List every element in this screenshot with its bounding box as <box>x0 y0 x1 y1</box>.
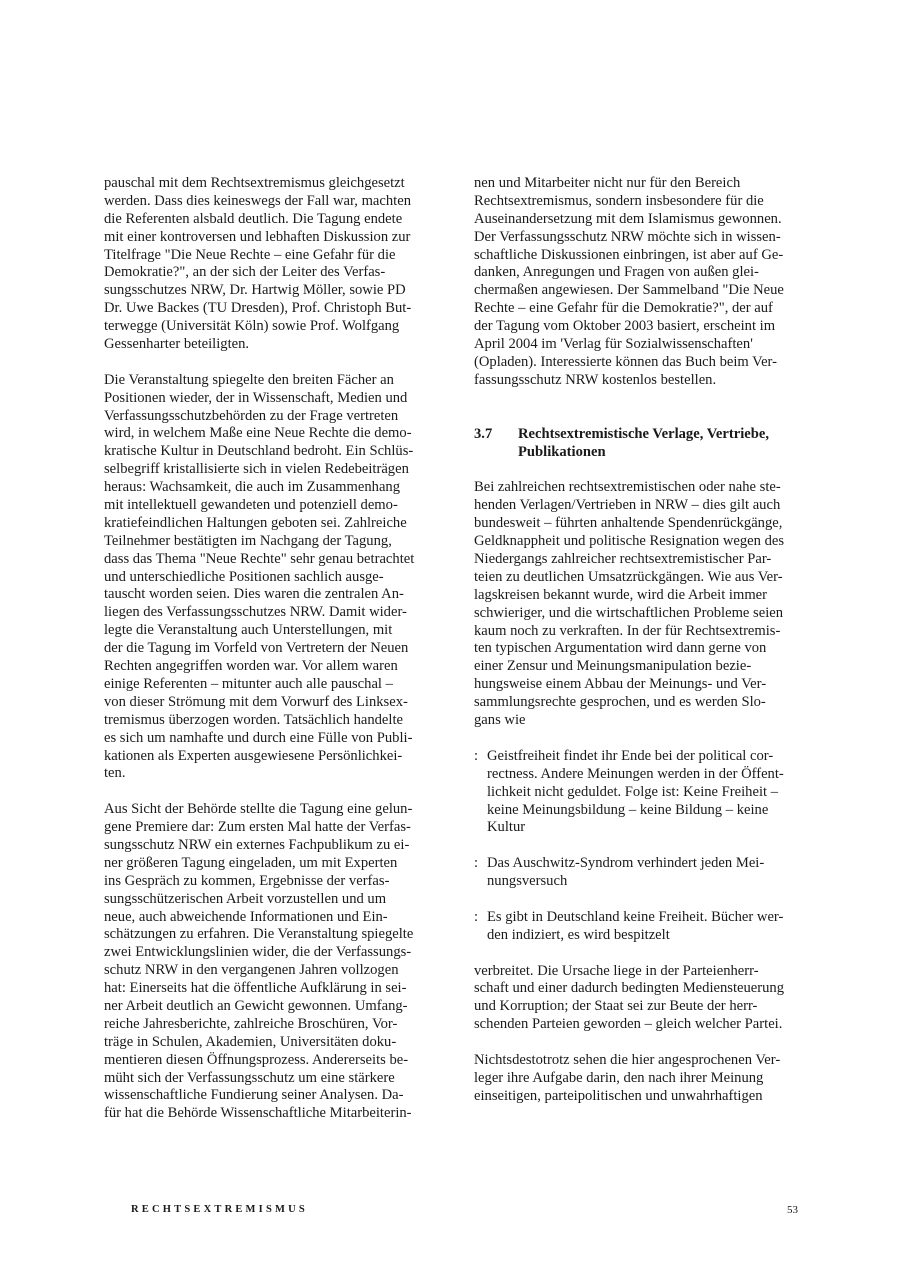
text-line: Es gibt in Deutschland keine Freiheit. B… <box>487 909 804 927</box>
text-line: (Opladen). Interessierte können das Buch… <box>474 354 804 372</box>
text-line: Rechtsextremistische Verlage, Vertriebe, <box>518 426 804 444</box>
text-line: träge in Schulen, Akademien, Universität… <box>104 1034 434 1052</box>
text-line: die Referenten alsbald deutlich. Die Tag… <box>104 211 434 229</box>
text-line: Dr. Uwe Backes (TU Dresden), Prof. Chris… <box>104 300 434 318</box>
text-line: nungsversuch <box>487 873 804 891</box>
left-column: pauschal mit dem Rechtsextremismus gleic… <box>104 175 434 1141</box>
text-line: Niedergangs zahlreicher rechtsextremisti… <box>474 551 804 569</box>
text-line: den indiziert, es wird bespitzelt <box>487 927 804 945</box>
text-line: Rechte – eine Gefahr für die Demokratie?… <box>474 300 804 318</box>
text-line: kaum noch zu verkraften. In der für Rech… <box>474 623 804 641</box>
page-number: 53 <box>787 1203 798 1217</box>
text-line: und Korruption; der Staat sei zur Beute … <box>474 998 804 1016</box>
text-line: tremismus überzogen worden. Tatsächlich … <box>104 712 434 730</box>
text-line: Kultur <box>487 819 804 837</box>
text-line: reiche Jahresberichte, zahlreiche Brosch… <box>104 1016 434 1034</box>
text-line: verbreitet. Die Ursache liege in der Par… <box>474 963 804 981</box>
text-line: kratische Kultur in Deutschland bedroht.… <box>104 443 434 461</box>
text-line: Titelfrage "Die Neue Rechte – eine Gefah… <box>104 247 434 265</box>
text-line: tauscht worden seien. Dies waren die zen… <box>104 586 434 604</box>
text-line: bundesweit – führten anhaltende Spendenr… <box>474 515 804 533</box>
text-line: Geldknappheit und politische Resignation… <box>474 533 804 551</box>
text-line: Positionen wieder, der in Wissenschaft, … <box>104 390 434 408</box>
running-title: RECHTSEXTREMISMUS <box>131 1204 308 1215</box>
text-line: ten. <box>104 765 434 783</box>
page-footer: RECHTSEXTREMISMUS 53 <box>131 1203 798 1217</box>
text-line: lichkeit nicht geduldet. Folge ist: Kein… <box>487 784 804 802</box>
text-line: Nichtsdestotrotz sehen die hier angespro… <box>474 1052 804 1070</box>
text-line: hungsweise einem Abbau der Meinungs- und… <box>474 676 804 694</box>
text-line: neue, auch abweichende Informationen und… <box>104 909 434 927</box>
text-line: von dieser Strömung mit dem Vorwurf des … <box>104 694 434 712</box>
text-line: sungsschutzes NRW, Dr. Hartwig Möller, s… <box>104 282 434 300</box>
text-line: Verfassungsschutzbehörden zu der Frage v… <box>104 408 434 426</box>
text-line: mit einer kontroversen und lebhaften Dis… <box>104 229 434 247</box>
text-line: Rechten angegriffen worden war. Vor alle… <box>104 658 434 676</box>
paragraph-conference-conclusion: pauschal mit dem Rechtsextremismus gleic… <box>104 175 434 354</box>
text-line: schaft und einer dadurch bedingten Medie… <box>474 980 804 998</box>
text-line: sungsschützerischen Arbeit vorzustellen … <box>104 891 434 909</box>
text-line: für hat die Behörde Wissenschaftliche Mi… <box>104 1105 434 1123</box>
text-line: werden. Dass dies keineswegs der Fall wa… <box>104 193 434 211</box>
text-line: Die Veranstaltung spiegelte den breiten … <box>104 372 434 390</box>
text-line: Das Auschwitz-Syndrom verhindert jeden M… <box>487 855 804 873</box>
text-line: teien zu deutlichen Umsatzrückgängen. Wi… <box>474 569 804 587</box>
section-heading: 3.7 Rechtsextremistische Verlage, Vertri… <box>474 426 804 462</box>
paragraph-publishers: Bei zahlreichen rechtsextremistischen od… <box>474 479 804 729</box>
text-line: ten typischen Argumentation wird dann ge… <box>474 640 804 658</box>
paragraph-cause: verbreitet. Die Ursache liege in der Par… <box>474 963 804 1035</box>
text-line: schenden Parteien geworden – gleich welc… <box>474 1016 804 1034</box>
text-line: keine Meinungsbildung – keine Bildung – … <box>487 802 804 820</box>
text-line: der die Tagung im Vorfeld von Vertretern… <box>104 640 434 658</box>
text-line: schutz NRW in den vergangenen Jahren vol… <box>104 962 434 980</box>
text-line: dass das Thema "Neue Rechte" sehr genau … <box>104 551 434 569</box>
text-line: ner größeren Tagung eingeladen, um mit E… <box>104 855 434 873</box>
text-line: danken, Anregungen und Fragen von außen … <box>474 264 804 282</box>
text-line: es sich um namhafte und durch eine Fülle… <box>104 730 434 748</box>
text-line: mit intellektuell gewandeten und potenzi… <box>104 497 434 515</box>
text-line: legte die Veranstaltung auch Unterstellu… <box>104 622 434 640</box>
text-line: kratiefeindlichen Haltungen geboten sei.… <box>104 515 434 533</box>
text-line: fassungsschutz NRW kostenlos bestellen. <box>474 372 804 390</box>
paragraph-anthology: nen und Mitarbeiter nicht nur für den Be… <box>474 175 804 390</box>
slogan-item: : Das Auschwitz-Syndrom verhindert jeden… <box>474 855 804 891</box>
text-line: ner Arbeit deutlich an Gewicht gewonnen.… <box>104 998 434 1016</box>
text-line: Auseinandersetzung mit dem Islamismus ge… <box>474 211 804 229</box>
text-line: Der Verfassungsschutz NRW möchte sich in… <box>474 229 804 247</box>
text-line: kationen als Experten ausgewiesene Persö… <box>104 748 434 766</box>
text-line: Geistfreiheit findet ihr Ende bei der po… <box>487 748 804 766</box>
text-line: rectness. Andere Meinungen werden in der… <box>487 766 804 784</box>
slogan-text: Das Auschwitz-Syndrom verhindert jeden M… <box>487 855 804 891</box>
text-line: gans wie <box>474 712 804 730</box>
section-title: Rechtsextremistische Verlage, Vertriebe,… <box>518 426 804 462</box>
text-line: Gessenharter beteiligten. <box>104 336 434 354</box>
section-number: 3.7 <box>474 426 492 444</box>
text-line: liegen des Verfassungsschutzes NRW. Dami… <box>104 604 434 622</box>
paragraph-event-positions: Die Veranstaltung spiegelte den breiten … <box>104 372 434 783</box>
bullet-marker: : <box>474 748 478 766</box>
text-line: Publikationen <box>518 444 804 462</box>
text-line: zwei Entwicklungslinien wider, die der V… <box>104 944 434 962</box>
text-line: einseitigen, parteipolitischen und unwah… <box>474 1088 804 1106</box>
text-line: chermaßen angewiesen. Der Sammelband "Di… <box>474 282 804 300</box>
text-line: sungsschutz NRW ein externes Fachpubliku… <box>104 837 434 855</box>
slogan-item: : Geistfreiheit findet ihr Ende bei der … <box>474 748 804 837</box>
text-line: lagskreisen bekannt wurde, wird die Arbe… <box>474 587 804 605</box>
text-line: Demokratie?", an der sich der Leiter des… <box>104 264 434 282</box>
text-line: mentieren diesen Öffnungsprozess. Andere… <box>104 1052 434 1070</box>
text-line: der Tagung vom Oktober 2003 basiert, ers… <box>474 318 804 336</box>
slogan-item: : Es gibt in Deutschland keine Freiheit.… <box>474 909 804 945</box>
text-line: schaftliche Diskussionen einbringen, ist… <box>474 247 804 265</box>
text-line: pauschal mit dem Rechtsextremismus gleic… <box>104 175 434 193</box>
text-line: sammlungsrechte gesprochen, und es werde… <box>474 694 804 712</box>
text-line: terwegge (Universität Köln) sowie Prof. … <box>104 318 434 336</box>
text-line: einer Zensur und Meinungsmanipulation be… <box>474 658 804 676</box>
text-line: Aus Sicht der Behörde stellte die Tagung… <box>104 801 434 819</box>
text-line: April 2004 im 'Verlag für Sozialwissensc… <box>474 336 804 354</box>
text-line: Rechtsextremismus, sondern insbesondere … <box>474 193 804 211</box>
slogan-text: Es gibt in Deutschland keine Freiheit. B… <box>487 909 804 945</box>
bullet-marker: : <box>474 909 478 927</box>
text-line: wissenschaftliche Fundierung seiner Anal… <box>104 1087 434 1105</box>
right-column: nen und Mitarbeiter nicht nur für den Be… <box>474 175 804 1124</box>
text-line: ins Gespräch zu kommen, Ergebnisse der v… <box>104 873 434 891</box>
text-line: henden Verlagen/Vertrieben in NRW – dies… <box>474 497 804 515</box>
bullet-marker: : <box>474 855 478 873</box>
paragraph-publishers-task: Nichtsdestotrotz sehen die hier angespro… <box>474 1052 804 1106</box>
text-line: leger ihre Aufgabe darin, den nach ihrer… <box>474 1070 804 1088</box>
text-line: müht sich der Verfassungsschutz um eine … <box>104 1070 434 1088</box>
text-line: gene Premiere dar: Zum ersten Mal hatte … <box>104 819 434 837</box>
text-line: Teilnehmer bestätigten im Nachgang der T… <box>104 533 434 551</box>
text-line: heraus: Wachsamkeit, die auch im Zusamme… <box>104 479 434 497</box>
text-line: nen und Mitarbeiter nicht nur für den Be… <box>474 175 804 193</box>
text-line: einige Referenten – mitunter auch alle p… <box>104 676 434 694</box>
text-line: wird, in welchem Maße eine Neue Rechte d… <box>104 425 434 443</box>
slogan-text: Geistfreiheit findet ihr Ende bei der po… <box>487 748 804 837</box>
paragraph-authority-view: Aus Sicht der Behörde stellte die Tagung… <box>104 801 434 1123</box>
text-line: und unterschiedliche Positionen sachlich… <box>104 569 434 587</box>
text-line: schätzungen zu erfahren. Die Veranstaltu… <box>104 926 434 944</box>
text-line: selbegriff kristallisierte sich in viele… <box>104 461 434 479</box>
text-line: schwieriger, und die wirtschaftlichen Pr… <box>474 605 804 623</box>
text-line: hat: Einerseits hat die öffentliche Aufk… <box>104 980 434 998</box>
text-line: Bei zahlreichen rechtsextremistischen od… <box>474 479 804 497</box>
